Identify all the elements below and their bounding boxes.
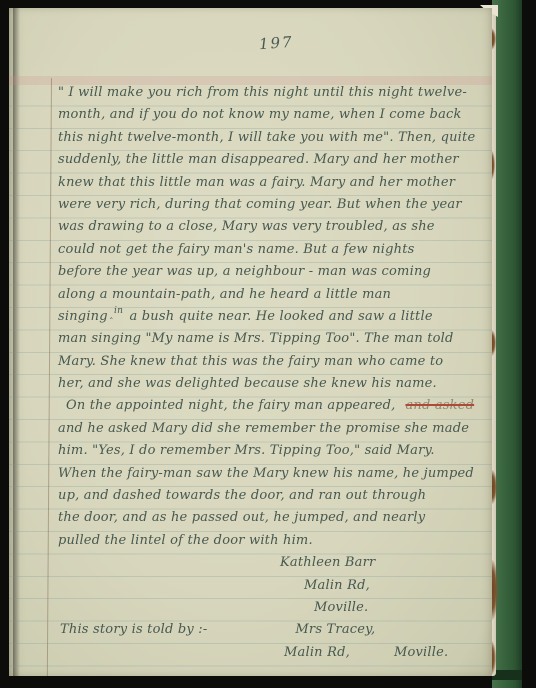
told-by-label: This story is told by :- <box>58 619 207 641</box>
handwritten-line: this night twelve-month, I will take you… <box>58 127 482 149</box>
handwritten-line: When the fairy-man saw the Mary knew his… <box>58 463 482 485</box>
handwritten-line: man singing "My name is Mrs. Tipping Too… <box>58 328 482 350</box>
scanned-copybook-photo: 197 " I will make you rich from this nig… <box>0 0 536 688</box>
handwritten-line: her, and she was delighted because she k… <box>58 373 482 395</box>
signature-name: Kathleen Barr <box>58 552 482 574</box>
binding-gutter-shadow <box>13 8 20 676</box>
signature-town: Moville. <box>58 597 482 619</box>
handwritten-line: " I will make you rich from this night u… <box>58 82 482 104</box>
copybook-page: 197 " I will make you rich from this nig… <box>9 8 492 676</box>
line-text: singing <box>58 309 108 324</box>
handwritten-line: along a mountain-path, and he heard a li… <box>58 284 482 306</box>
inserted-word: in <box>114 306 123 316</box>
margin-line <box>47 78 52 676</box>
handwritten-line: month, and if you do not know my name, w… <box>58 104 482 126</box>
signature-address: Malin Rd, <box>58 575 482 597</box>
handwritten-line: before the year was up, a neighbour - ma… <box>58 261 482 283</box>
handwritten-text: " I will make you rich from this night u… <box>58 82 482 664</box>
handwritten-line: Mary. She knew that this was the fairy m… <box>58 351 482 373</box>
handwritten-line: suddenly, the little man disappeared. Ma… <box>58 149 482 171</box>
handwritten-line: could not get the fairy man's name. But … <box>58 239 482 261</box>
handwritten-line: and he asked Mary did she remember the p… <box>58 418 482 440</box>
teller-address: Malin Rd, <box>284 642 350 664</box>
handwritten-line: was drawing to a close, Mary was very tr… <box>58 216 482 238</box>
teller-name: Mrs Tracey, <box>207 619 375 641</box>
handwritten-line: knew that this little man was a fairy. M… <box>58 172 482 194</box>
handwritten-line-with-strikethrough: On the appointed night, the fairy man ap… <box>58 395 482 417</box>
teller-town: Moville. <box>350 642 448 664</box>
book-cover-bottom-shadow <box>492 670 522 680</box>
handwritten-line: the door, and as he passed out, he jumpe… <box>58 507 482 529</box>
handwritten-line: pulled the lintel of the door with him. <box>58 530 482 552</box>
struck-out-words: and asked <box>405 398 474 413</box>
handwritten-line-with-insertion: singing‸in a bush quite near. He looked … <box>58 306 482 328</box>
handwritten-line: were very rich, during that coming year.… <box>58 194 482 216</box>
teller-address-row: Malin Rd, Moville. <box>58 642 482 664</box>
caret-insertion-mark: ‸ <box>110 310 113 320</box>
line-text: a bush quite near. He looked and saw a l… <box>125 309 433 324</box>
page-number: 197 <box>258 33 294 53</box>
handwritten-line: him. "Yes, I do remember Mrs. Tipping To… <box>58 440 482 462</box>
handwritten-line: up, and dashed towards the door, and ran… <box>58 485 482 507</box>
line-text: On the appointed night, the fairy man ap… <box>66 398 395 413</box>
told-by-row: This story is told by :- Mrs Tracey, <box>58 619 482 641</box>
